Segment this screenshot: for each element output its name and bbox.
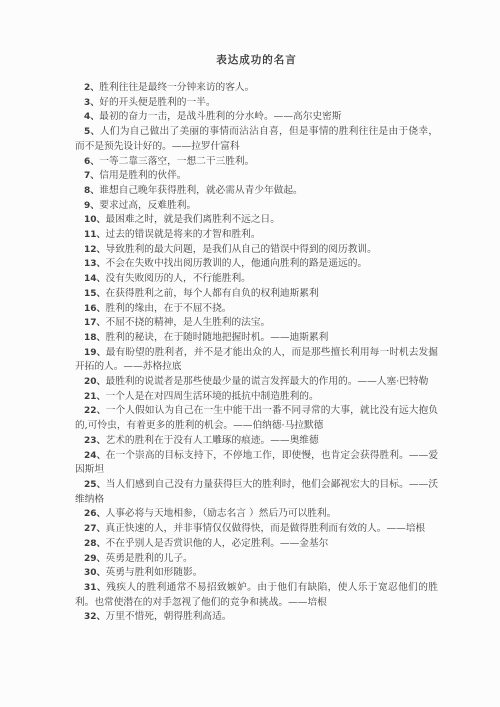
quote-number: 2、 — [84, 83, 99, 93]
quote-text: 最困难之时，就是我们离胜利不远之日。 — [106, 214, 280, 225]
quote-text: 最初的奋力一击，是战斗胜利的分水岭。——高尔史密斯 — [99, 111, 341, 122]
quote-text: 胜利往往是最终一分钟来访的客人。 — [99, 82, 254, 93]
quote-number: 21、 — [84, 392, 106, 402]
quote-item: 32、万里不惜死，朝得胜利高适。 — [75, 610, 438, 625]
quote-item: 9、要求过高，反难胜利。 — [75, 199, 438, 214]
quote-item: 25、当人们感到自己没有力量获得巨大的胜利时，他们会鄙视宏大的目标。——沃维纳格 — [75, 478, 438, 507]
quote-number: 10、 — [84, 215, 106, 225]
quote-number: 12、 — [84, 245, 106, 255]
quote-number: 16、 — [84, 304, 106, 314]
quote-number: 13、 — [84, 259, 106, 269]
quote-text: 没有失败阅历的人，不行能胜利。 — [106, 273, 251, 284]
quote-number: 9、 — [84, 201, 99, 211]
page-title: 表达成功的名言 — [75, 53, 438, 68]
quote-text: 残疾人的胜利通常不易招致嫉妒。由于他们有缺陷，使人乐于宽忍他们的胜利。也常使潜在… — [75, 582, 438, 608]
quote-text: 当人们感到自己没有力量获得巨大的胜利时，他们会鄙视宏大的目标。——沃维纳格 — [75, 479, 438, 505]
quote-item: 14、没有失败阅历的人，不行能胜利。 — [75, 272, 438, 287]
quote-item: 4、最初的奋力一击，是战斗胜利的分水岭。——高尔史密斯 — [75, 110, 438, 125]
quote-text: 导致胜利的最大问题，是我们从自己的错误中得到的阅历教训。 — [106, 244, 377, 255]
quote-item: 11、过去的错误就是将来的才智和胜利。 — [75, 228, 438, 243]
document-page: 表达成功的名言 2、胜利往往是最终一分钟来访的客人。3、好的开头便是胜利的一半。… — [0, 0, 500, 707]
quote-number: 31、 — [84, 583, 106, 593]
quote-number: 26、 — [84, 509, 106, 519]
quote-number: 14、 — [84, 274, 106, 284]
quote-number: 5、 — [84, 127, 100, 137]
quote-item: 21、一个人是在对四周生活环境的抵抗中制造胜利的。 — [75, 390, 438, 405]
quote-item: 6、一等二靠三落空，一想二干三胜利。 — [75, 155, 438, 170]
quote-text: 不屈不挠的精神，是人生胜利的法宝。 — [106, 317, 271, 328]
quote-text: 不会在失败中找出阅历教训的人，他通向胜利的路是遥远的。 — [106, 258, 368, 269]
quote-number: 15、 — [84, 289, 106, 299]
quote-number: 29、 — [84, 554, 106, 564]
quote-text: 真正快速的人，并非事情仅仅做得快，而是做得胜利而有效的人。——培根 — [106, 523, 426, 534]
quote-text: 信用是胜利的伙伴。 — [99, 170, 186, 181]
quote-number: 19、 — [84, 348, 106, 358]
quote-text: 胜利的秘诀，在于随时随地把握时机。——迪斯累利 — [106, 332, 329, 343]
quote-item: 2、胜利往往是最终一分钟来访的客人。 — [75, 81, 438, 96]
quote-text: 万里不惜死，朝得胜利高适。 — [106, 611, 232, 622]
quote-item: 20、最胜利的说谎者是那些使最少量的谎言发挥最大的作用的。——人塞·巴特勒 — [75, 375, 438, 390]
quote-text: 在一个崇高的目标支持下，不停地工作，即使慢，也肯定会获得胜利。——爱因斯坦 — [75, 450, 438, 476]
quote-item: 28、不在乎别人是否赏识他的人，必定胜利。——金基尔 — [75, 537, 438, 552]
quote-text: 胜利的缘由，在于不屈不挠。 — [106, 303, 232, 314]
quote-number: 27、 — [84, 524, 106, 534]
quote-item: 17、不屈不挠的精神，是人生胜利的法宝。 — [75, 316, 438, 331]
quote-number: 30、 — [84, 568, 106, 578]
quote-item: 31、残疾人的胜利通常不易招致嫉妒。由于他们有缺陷，使人乐于宽忍他们的胜利。也常… — [75, 581, 438, 610]
quote-item: 7、信用是胜利的伙伴。 — [75, 169, 438, 184]
quote-text: 最有盼望的胜利者，并不是才能出众的人，而是那些擅长利用每一时机去发掘开拓的人。—… — [75, 347, 438, 373]
quote-item: 23、艺术的胜利在于没有人工雕琢的痕迹。——奥维德 — [75, 434, 438, 449]
quote-number: 6、 — [84, 157, 99, 167]
quote-text: 人们为自己做出了美丽的事情而沾沾自喜，但是事情的胜利往往是由于侥幸，而不是预先设… — [75, 126, 438, 152]
quote-text: 要求过高，反难胜利。 — [99, 200, 196, 211]
quote-item: 22、一个人假如认为自己在一生中能干出一番不同寻常的大事，就比没有远大抱负的,可… — [75, 404, 438, 433]
quote-item: 12、导致胜利的最大问题，是我们从自己的错误中得到的阅历教训。 — [75, 243, 438, 258]
quote-number: 25、 — [84, 480, 106, 490]
quote-item: 19、最有盼望的胜利者，并不是才能出众的人，而是那些擅长利用每一时机去发掘开拓的… — [75, 346, 438, 375]
quote-number: 23、 — [84, 436, 106, 446]
quote-item: 26、人事必将与天地相参，（励志名言 ）然后乃可以胜利。 — [75, 507, 438, 522]
quote-number: 3、 — [84, 98, 99, 108]
quote-text: 在获得胜利之前，每个人都有自负的权利迪斯累利 — [106, 288, 319, 299]
quote-number: 20、 — [84, 377, 106, 387]
quote-item: 18、胜利的秘诀，在于随时随地把握时机。——迪斯累利 — [75, 331, 438, 346]
quote-number: 4、 — [84, 112, 99, 122]
quote-number: 28、 — [84, 539, 106, 549]
quote-text: 谁想自己晚年获得胜利，就必需从青少年做起。 — [99, 185, 302, 196]
quote-number: 18、 — [84, 333, 106, 343]
quote-item: 5、人们为自己做出了美丽的事情而沾沾自喜，但是事情的胜利往往是由于侥幸，而不是预… — [75, 125, 438, 154]
quote-number: 22、 — [84, 406, 106, 416]
quote-number: 8、 — [84, 186, 99, 196]
quote-text: 英勇与胜利如形随影。 — [106, 567, 203, 578]
quote-text: 英勇是胜利的儿子。 — [106, 553, 193, 564]
quote-number: 11、 — [84, 230, 106, 240]
quote-text: 一个人假如认为自己在一生中能干出一番不同寻常的大事，就比没有远大抱负的,可怜虫，… — [75, 405, 438, 431]
quote-item: 29、英勇是胜利的儿子。 — [75, 552, 438, 567]
quote-item: 27、真正快速的人，并非事情仅仅做得快，而是做得胜利而有效的人。——培根 — [75, 522, 438, 537]
quote-item: 15、在获得胜利之前，每个人都有自负的权利迪斯累利 — [75, 287, 438, 302]
quote-item: 30、英勇与胜利如形随影。 — [75, 566, 438, 581]
quote-text: 艺术的胜利在于没有人工雕琢的痕迹。——奥维德 — [106, 435, 319, 446]
quote-text: 不在乎别人是否赏识他的人，必定胜利。——金基尔 — [106, 538, 329, 549]
quote-item: 13、不会在失败中找出阅历教训的人，他通向胜利的路是遥远的。 — [75, 257, 438, 272]
quote-text: 一个人是在对四周生活环境的抵抗中制造胜利的。 — [106, 391, 319, 402]
quote-item: 16、胜利的缘由，在于不屈不挠。 — [75, 302, 438, 317]
quote-item: 24、在一个崇高的目标支持下，不停地工作，即使慢，也肯定会获得胜利。——爱因斯坦 — [75, 449, 438, 478]
quote-text: 好的开头便是胜利的一半。 — [99, 97, 215, 108]
quote-number: 24、 — [84, 451, 106, 461]
quote-text: 人事必将与天地相参，（励志名言 ）然后乃可以胜利。 — [106, 508, 337, 519]
quote-item: 10、最困难之时，就是我们离胜利不远之日。 — [75, 213, 438, 228]
quote-number: 32、 — [84, 612, 106, 622]
quote-text: 一等二靠三落空，一想二干三胜利。 — [99, 156, 254, 167]
quote-text: 过去的错误就是将来的才智和胜利。 — [106, 229, 261, 240]
quote-text: 最胜利的说谎者是那些使最少量的谎言发挥最大的作用的。——人塞·巴特勒 — [106, 376, 429, 387]
quote-number: 17、 — [84, 318, 106, 328]
quote-item: 8、谁想自己晚年获得胜利，就必需从青少年做起。 — [75, 184, 438, 199]
quote-number: 7、 — [84, 171, 99, 181]
quote-list: 2、胜利往往是最终一分钟来访的客人。3、好的开头便是胜利的一半。4、最初的奋力一… — [75, 81, 438, 625]
quote-item: 3、好的开头便是胜利的一半。 — [75, 96, 438, 111]
